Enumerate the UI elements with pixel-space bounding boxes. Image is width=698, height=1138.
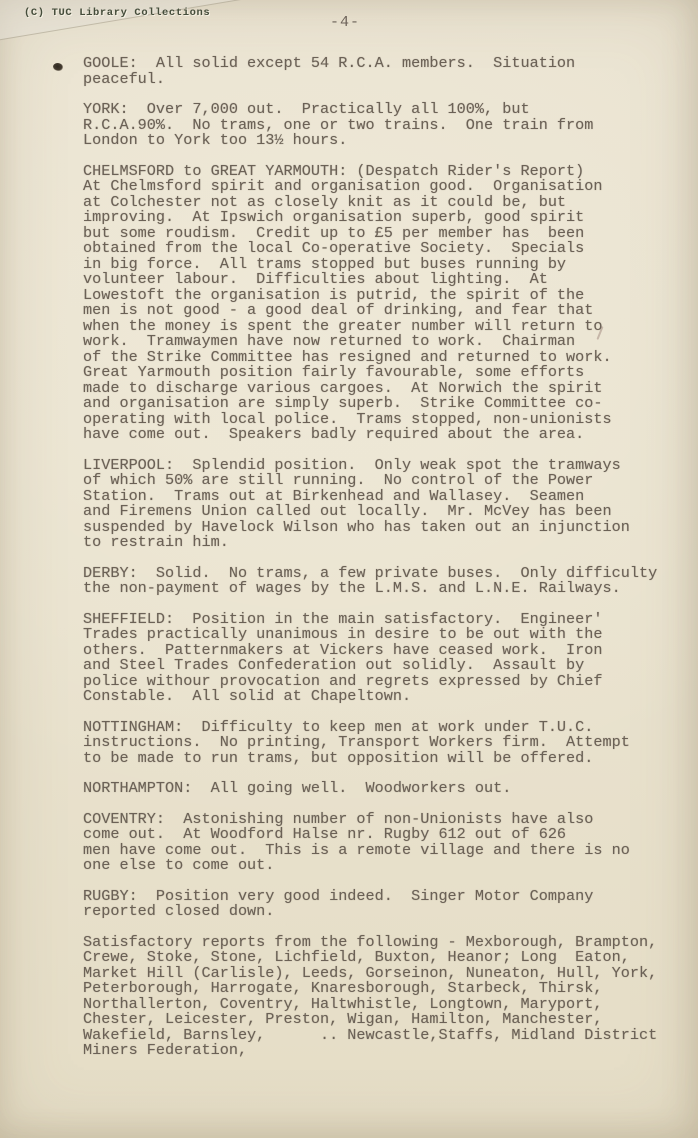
paragraph-york: YORK: Over 7,000 out. Practically all 10… — [83, 102, 683, 149]
paragraph-sheffield: SHEFFIELD: Position in the main satisfac… — [83, 612, 683, 705]
watermark: (C) TUC Library Collections — [24, 7, 210, 19]
paragraph-goole: GOOLE: All solid except 54 R.C.A. member… — [83, 56, 683, 87]
paragraph-rugby: RUGBY: Position very good indeed. Singer… — [83, 889, 683, 920]
paragraph-derby: DERBY: Solid. No trams, a few private bu… — [83, 566, 683, 597]
document-body: GOOLE: All solid except 54 R.C.A. member… — [83, 56, 683, 1074]
paragraph-chelmsford-great-yarmouth: CHELMSFORD to GREAT YARMOUTH: (Despatch … — [83, 164, 683, 443]
paragraph-nottingham: NOTTINGHAM: Difficulty to keep men at wo… — [83, 720, 683, 767]
document-page: (C) TUC Library Collections -4- GOOLE: A… — [0, 0, 698, 1138]
paragraph-northampton: NORTHAMPTON: All going well. Woodworkers… — [83, 781, 683, 797]
ink-blot — [52, 62, 64, 73]
page-number: -4- — [330, 14, 360, 31]
paragraph-liverpool: LIVERPOOL: Splendid position. Only weak … — [83, 458, 683, 551]
paragraph-satisfactory-reports: Satisfactory reports from the following … — [83, 935, 683, 1059]
paragraph-coventry: COVENTRY: Astonishing number of non-Unio… — [83, 812, 683, 874]
